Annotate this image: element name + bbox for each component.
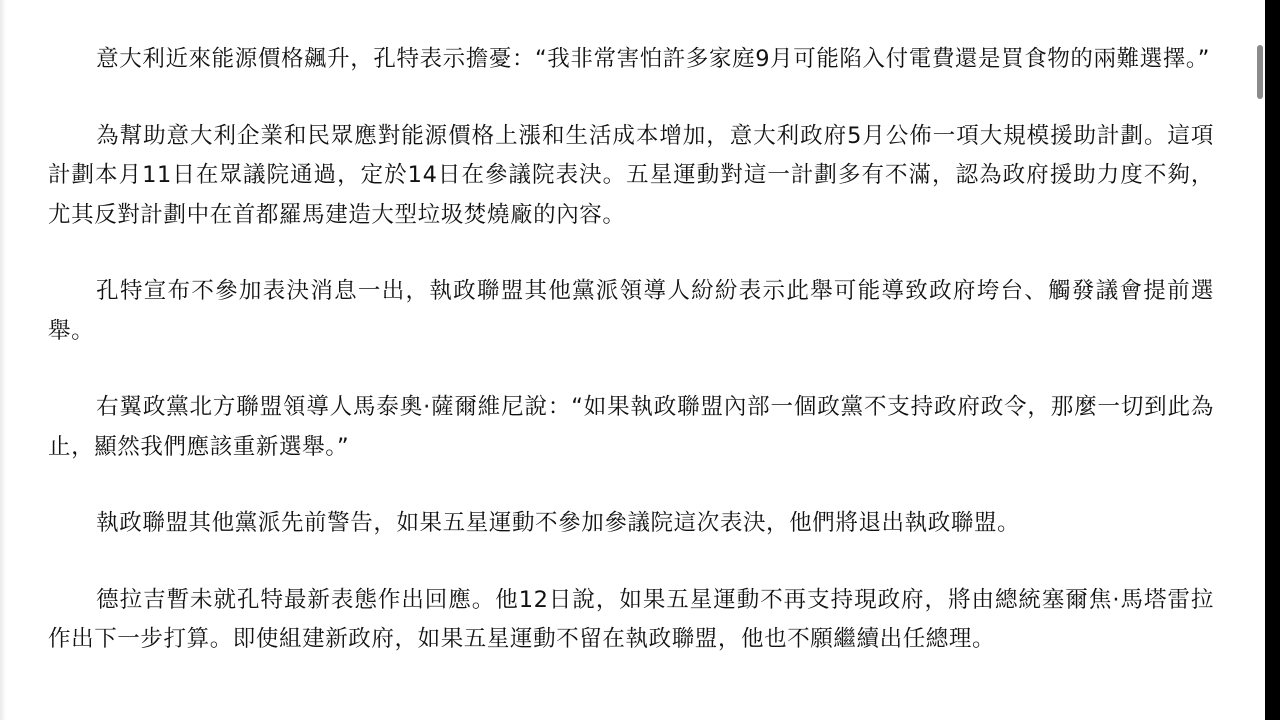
paragraph-draghi-response: 德拉吉暫未就孔特最新表態作出回應。他12日說，如果五星運動不再支持現政府，將由總… [48,581,1214,660]
scrollbar-thumb[interactable] [1257,45,1263,99]
paragraph-salvini-quote: 右翼政黨北方聯盟領導人馬泰奧·薩爾維尼說：“如果執政聯盟內部一個政黨不支持政府政… [48,388,1214,467]
paragraph-coalition-warning: 執政聯盟其他黨派先前警告，如果五星運動不參加參議院這次表決，他們將退出執政聯盟。 [48,504,1214,544]
right-edge-bar [1265,0,1280,720]
article-body: 意大利近來能源價格飆升，孔特表示擔憂：“我非常害怕許多家庭9月可能陷入付電費還是… [48,40,1214,697]
vertical-scrollbar[interactable] [1255,0,1264,720]
paragraph-aid-plan: 為幫助意大利企業和民眾應對能源價格上漲和生活成本增加，意大利政府5月公佈一項大規… [48,117,1214,236]
left-edge-shadow [0,0,6,720]
paragraph-energy-prices: 意大利近來能源價格飆升，孔特表示擔憂：“我非常害怕許多家庭9月可能陷入付電費還是… [48,40,1214,80]
paragraph-coalition-reaction: 孔特宣布不參加表決消息一出，執政聯盟其他黨派領導人紛紛表示此舉可能導致政府垮台、… [48,272,1214,351]
